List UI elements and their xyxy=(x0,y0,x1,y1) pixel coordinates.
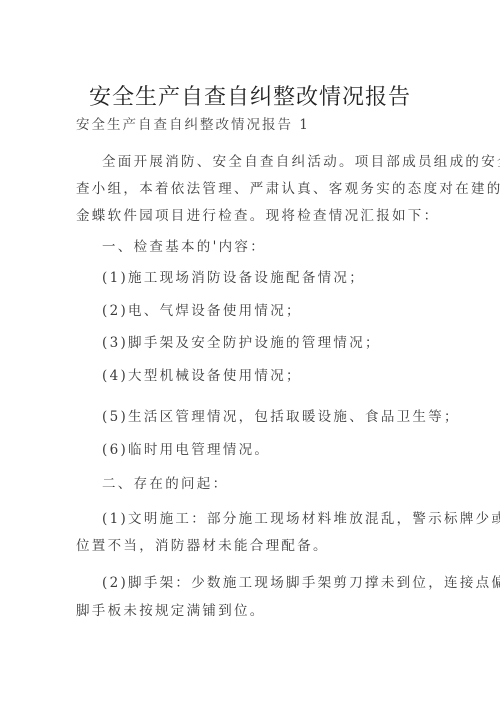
list-item: (2)电、气焊设备使用情况； xyxy=(102,299,302,319)
problem-line: (1)文明施工：部分施工现场材料堆放混乱，警示标牌少或挂设 xyxy=(102,507,500,527)
problem-line: (2)脚手架：少数施工现场脚手架剪刀撑未到位，连接点偏少， xyxy=(102,571,500,591)
intro-line: 金蝶软件园项目进行检查。现将检查情况汇报如下： xyxy=(76,204,439,224)
document-subtitle: 安全生产自查自纠整改情况报告 1 xyxy=(76,113,310,133)
list-item: (1)施工现场消防设备设施配备情况； xyxy=(102,266,365,286)
intro-line: 全面开展消防、安全自查自纠活动。项目部成员组成的安全自 xyxy=(102,150,500,170)
list-item: (4)大型机械设备使用情况； xyxy=(102,364,302,384)
list-item: (6)临时用电管理情况。 xyxy=(102,438,270,458)
section-heading: 一、检查基本的'内容： xyxy=(102,235,266,255)
section-heading: 二、存在的问起： xyxy=(102,472,228,492)
problem-line: 脚手板未按规定满铺到位。 xyxy=(76,599,266,619)
list-item: (5)生活区管理情况，包括取暖设施、食品卫生等； xyxy=(102,405,460,425)
document-title: 安全生产自查自纠整改情况报告 xyxy=(0,80,500,111)
list-item: (3)脚手架及安全防护设施的管理情况； xyxy=(102,331,381,351)
problem-line: 位置不当，消防器材未能合理配备。 xyxy=(76,534,329,554)
intro-line: 查小组，本着依法管理、严肃认真、客观务实的态度对在建的北京 xyxy=(76,177,500,197)
